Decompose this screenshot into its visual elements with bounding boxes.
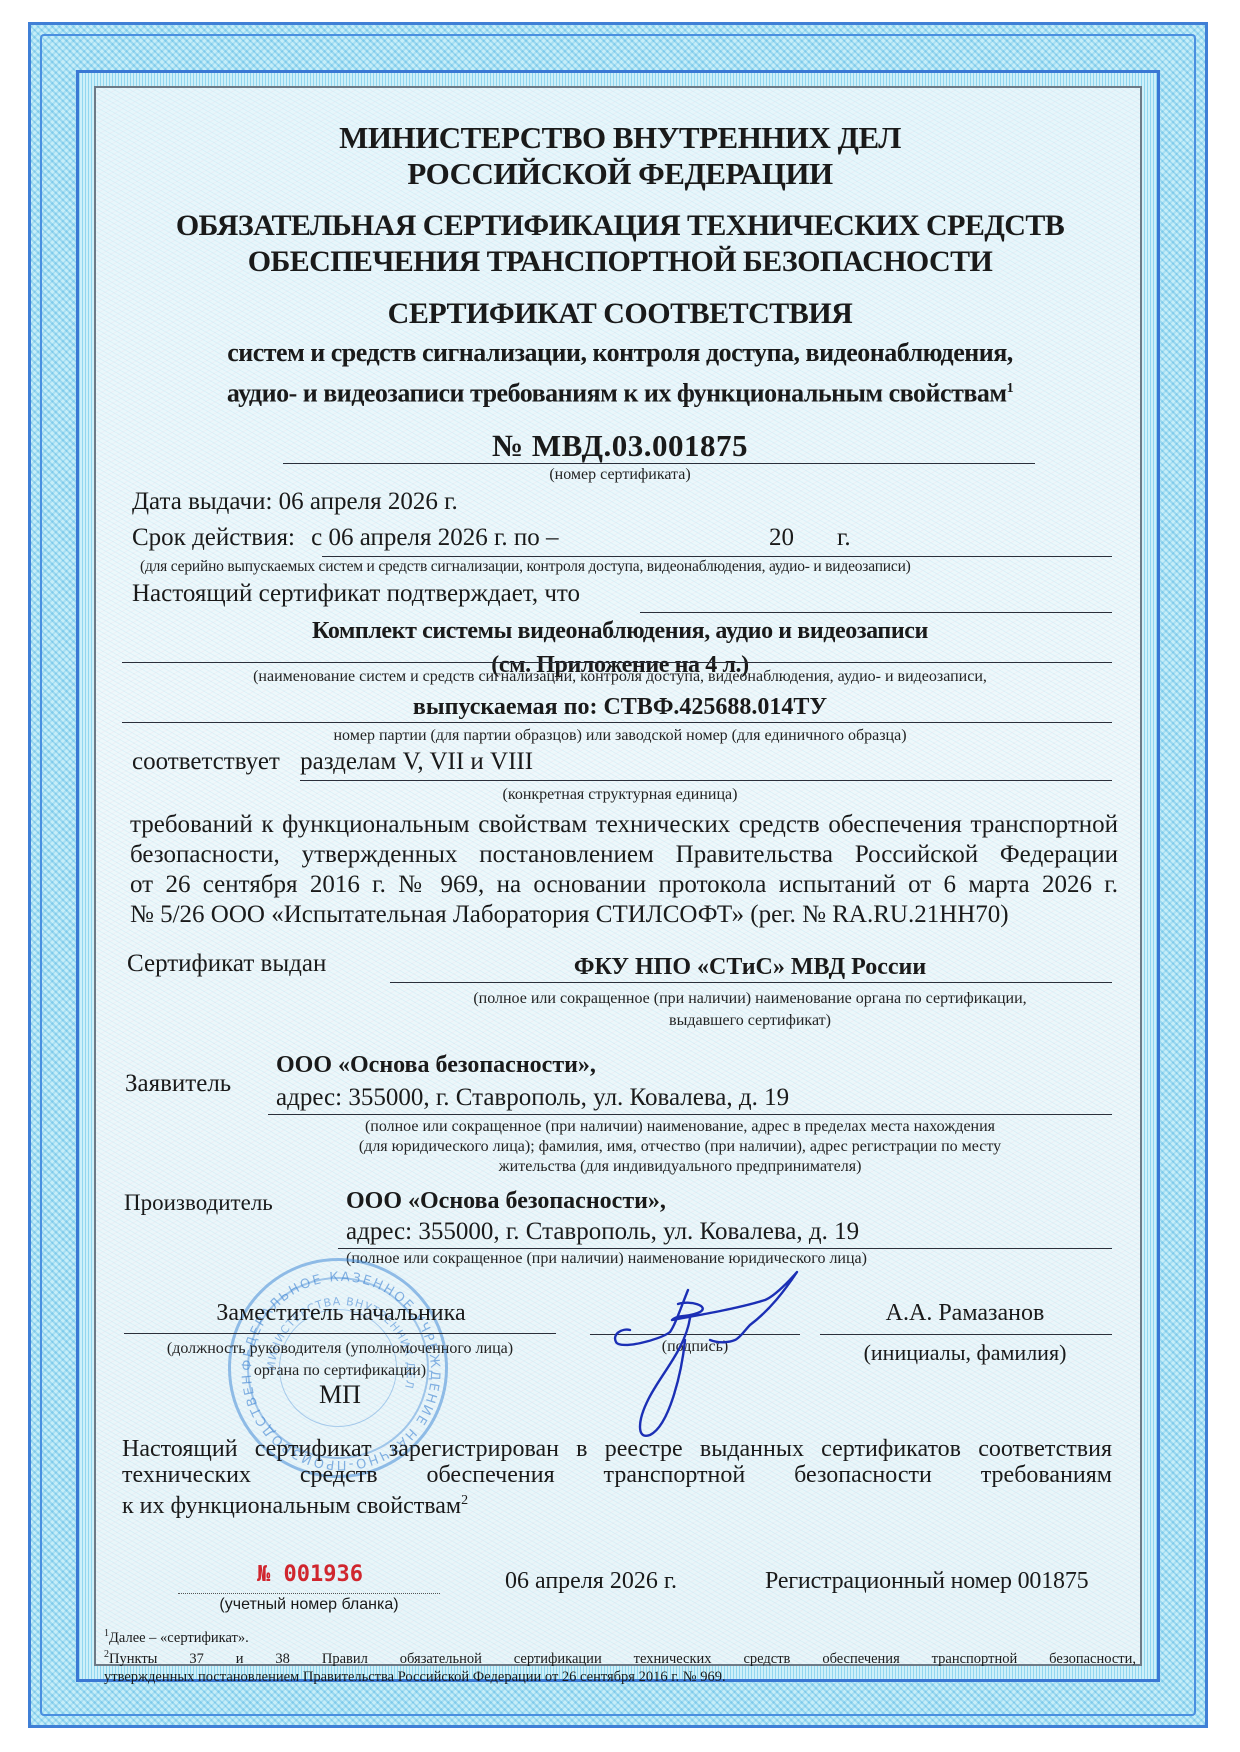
subtitle-line-2-wrap: аудио- и видеозаписи требованиям к их фу…: [120, 371, 1120, 412]
validity-label: Срок действия:: [132, 524, 295, 551]
subtitle-line-2: аудио- и видеозаписи требованиям к их фу…: [227, 379, 1007, 408]
issuer-caption-line-1: (полное или сокращенное (при наличии) на…: [390, 988, 1110, 1010]
footnote-2-line-2: утвержденных постановлением Правительств…: [104, 1668, 1136, 1686]
footer-date: 06 апреля 2026 г.: [505, 1568, 677, 1595]
certificate-number-rule: [283, 463, 1035, 464]
registry-line-3-wrap: к их функциональным свойствам2: [122, 1488, 1112, 1519]
conforms-row: соответствует разделам V, VII и VIII: [132, 748, 1112, 776]
signer-position: Заместитель начальника: [126, 1300, 556, 1327]
manufacturer-caption: (полное или сокращенное (при наличии) на…: [346, 1250, 1106, 1268]
ministry-line-1: МИНИСТЕРСТВО ВНУТРЕННИХ ДЕЛ: [120, 120, 1120, 156]
conforms-caption: (конкретная структурная единица): [420, 786, 820, 804]
conforms-label: соответствует: [132, 748, 280, 775]
issuer-label: Сертификат выдан: [127, 950, 326, 978]
applicant-rule: [268, 1114, 1112, 1115]
validity-suffix: г.: [837, 524, 851, 552]
applicant-name: ООО «Основа безопасности»,: [276, 1052, 596, 1079]
confirms-rule: [640, 612, 1112, 613]
blank-number-rule: [178, 1593, 440, 1594]
document-subtitle: систем и средств сигнализации, контроля …: [120, 335, 1120, 412]
product-line-1: Комплект системы видеонаблюдения, аудио …: [120, 614, 1120, 648]
issue-date-label: Дата выдачи:: [132, 488, 272, 515]
applicant-caption-line-3: жительства (для индивидуального предприн…: [250, 1157, 1110, 1177]
spec-line: выпускаемая по: СТВФ.425688.014ТУ: [120, 691, 1120, 723]
validity-year: 20: [769, 524, 794, 552]
applicant-caption: (полное или сокращенное (при наличии) на…: [250, 1117, 1110, 1177]
manufacturer-name: ООО «Основа безопасности»,: [346, 1188, 666, 1215]
position-rule: [124, 1333, 556, 1334]
position-caption: (должность руководителя (уполномоченного…: [124, 1338, 556, 1382]
registry-line-2: технических средств обеспечения транспор…: [122, 1462, 1112, 1488]
footnote-2: 2Пункты 37 и 38 Правил обязательной серт…: [104, 1646, 1136, 1686]
manufacturer-address: адрес: 355000, г. Ставрополь, ул. Ковале…: [346, 1218, 859, 1246]
validity-from: с 06 апреля 2026 г. по –: [311, 524, 558, 551]
validity-row: Срок действия: с 06 апреля 2026 г. по – …: [132, 524, 1112, 552]
position-caption-line-2: органа по сертификации): [124, 1360, 556, 1382]
signer-caption: (инициалы, фамилия): [820, 1340, 1110, 1366]
issue-date-row: Дата выдачи: 06 апреля 2026 г.: [132, 488, 832, 516]
confirms-label: Настоящий сертификат подтверждает, что: [132, 580, 580, 608]
ministry-heading: МИНИСТЕРСТВО ВНУТРЕННИХ ДЕЛ РОССИЙСКОЙ Ф…: [120, 120, 1120, 192]
product-caption: (наименование систем и средств сигнализа…: [120, 668, 1120, 686]
footnote-ref-2: 2: [461, 1493, 468, 1508]
issue-date-value: 06 апреля 2026 г.: [279, 488, 458, 515]
program-heading: ОБЯЗАТЕЛЬНАЯ СЕРТИФИКАЦИЯ ТЕХНИЧЕСКИХ СР…: [120, 208, 1120, 280]
subtitle-line-1: систем и средств сигнализации, контроля …: [120, 335, 1120, 371]
applicant-caption-line-2: (для юридического лица); фамилия, имя, о…: [250, 1137, 1110, 1157]
issuer-rule: [390, 982, 1112, 983]
program-line-1: ОБЯЗАТЕЛЬНАЯ СЕРТИФИКАЦИЯ ТЕХНИЧЕСКИХ СР…: [120, 208, 1120, 244]
spec-caption: номер партии (для партии образцов) или з…: [120, 727, 1120, 745]
certificate-number: № МВД.03.001875: [420, 428, 820, 464]
conforms-rule: [300, 780, 1112, 781]
applicant-caption-line-1: (полное или сокращенное (при наличии) на…: [250, 1117, 1110, 1137]
certificate-number-caption: (номер сертификата): [420, 466, 820, 484]
conforms-value: разделам V, VII и VIII: [300, 748, 533, 775]
issuer-caption: (полное или сокращенное (при наличии) на…: [390, 988, 1110, 1032]
requirements-line-3: от 26 сентября 2016 г. № 969, на основан…: [130, 870, 1118, 900]
registry-line-1: Настоящий сертификат зарегистрирован в р…: [122, 1436, 1112, 1462]
registration-number: Регистрационный номер 001875: [765, 1568, 1088, 1595]
product-rule: [122, 662, 1112, 663]
requirements-line-4: № 5/26 ООО «Испытательная Лаборатория СТ…: [130, 900, 1118, 930]
validity-rule: [322, 556, 1112, 557]
signer-name: А.А. Рамазанов: [820, 1300, 1110, 1327]
blank-number: № 001936: [190, 1562, 430, 1587]
seal-mark: МП: [300, 1380, 380, 1410]
footnote-2-line-1-wrap: 2Пункты 37 и 38 Правил обязательной серт…: [104, 1646, 1136, 1668]
footnote-1-text: Далее – «сертификат».: [109, 1630, 249, 1646]
applicant-address: адрес: 355000, г. Ставрополь, ул. Ковале…: [276, 1084, 789, 1112]
manufacturer-rule: [338, 1248, 1112, 1249]
requirements-paragraph: требований к функциональным свойствам те…: [130, 810, 1118, 930]
applicant-label: Заявитель: [125, 1070, 231, 1098]
footnote-ref-1: 1: [1007, 381, 1014, 396]
program-line-2: ОБЕСПЕЧЕНИЯ ТРАНСПОРТНОЙ БЕЗОПАСНОСТИ: [120, 244, 1120, 280]
spec-rule: [122, 722, 1112, 723]
requirements-line-2: безопасности, утвержденных постановление…: [130, 840, 1118, 870]
footnote-2-line-1: Пункты 37 и 38 Правил обязательной серти…: [109, 1651, 1136, 1667]
requirements-line-1: требований к функциональным свойствам те…: [130, 810, 1118, 840]
registry-paragraph: Настоящий сертификат зарегистрирован в р…: [122, 1436, 1112, 1519]
registry-line-3: к их функциональным свойствам: [122, 1493, 461, 1519]
ministry-line-2: РОССИЙСКОЙ ФЕДЕРАЦИИ: [120, 156, 1120, 192]
manufacturer-label: Производитель: [124, 1190, 273, 1216]
issuer-caption-line-2: выдавшего сертификат): [390, 1010, 1110, 1032]
blank-number-caption: (учетный номер бланка): [178, 1596, 440, 1614]
issuer-value: ФКУ НПО «СТиС» МВД России: [390, 954, 1110, 981]
signer-name-rule: [820, 1334, 1112, 1335]
validity-caption: (для серийно выпускаемых систем и средст…: [140, 558, 1130, 576]
position-caption-line-1: (должность руководителя (уполномоченного…: [124, 1338, 556, 1360]
footnote-1: 1Далее – «сертификат».: [104, 1628, 249, 1647]
document-title: СЕРТИФИКАТ СООТВЕТСТВИЯ: [120, 296, 1120, 332]
